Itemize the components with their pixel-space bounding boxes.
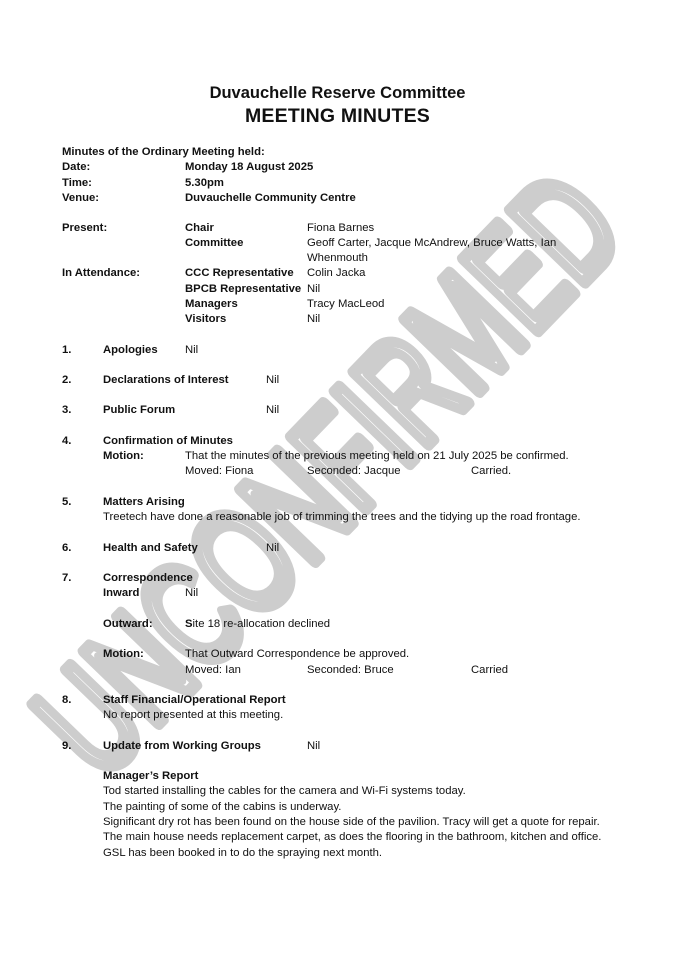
role-visitors: Visitors bbox=[185, 312, 226, 327]
role-committee: Committee bbox=[185, 236, 243, 251]
committee-names-cont: Whenmouth bbox=[307, 251, 368, 266]
item-4-moved: Moved: Fiona bbox=[185, 464, 253, 479]
role-managers: Managers bbox=[185, 297, 238, 312]
in-attendance-label: In Attendance: bbox=[62, 266, 140, 281]
present-label: Present: bbox=[62, 221, 107, 236]
item-2-number: 2. bbox=[62, 373, 71, 388]
item-4-seconded: Seconded: Jacque bbox=[307, 464, 401, 479]
organisation-name: Duvauchelle Reserve Committee bbox=[0, 84, 675, 103]
managers-name: Tracy MacLeod bbox=[307, 297, 384, 312]
item-1-value: Nil bbox=[185, 343, 198, 358]
item-9-value: Nil bbox=[307, 739, 320, 754]
item-4-motion-label: Motion: bbox=[103, 449, 144, 464]
item-7-moved: Moved: Ian bbox=[185, 663, 241, 678]
inward-value: Nil bbox=[185, 586, 198, 601]
item-7-motion-label: Motion: bbox=[103, 647, 144, 662]
item-1-title: Apologies bbox=[103, 343, 158, 358]
date-label: Date: bbox=[62, 160, 90, 175]
item-9-title: Update from Working Groups bbox=[103, 739, 261, 754]
page-title: MEETING MINUTES bbox=[0, 105, 675, 128]
item-9-number: 9. bbox=[62, 739, 71, 754]
outward-label: Outward: bbox=[103, 617, 153, 632]
item-3-number: 3. bbox=[62, 403, 71, 418]
item-4-title: Confirmation of Minutes bbox=[103, 434, 233, 449]
role-bpcb: BPCB Representative bbox=[185, 282, 301, 297]
committee-names: Geoff Carter, Jacque McAndrew, Bruce Wat… bbox=[307, 236, 556, 251]
document-page: UNCONFIRMED Duvauchelle Reserve Committe… bbox=[0, 0, 675, 955]
outward-value-initial: S bbox=[185, 618, 193, 630]
date-value: Monday 18 August 2025 bbox=[185, 160, 313, 175]
item-4-number: 4. bbox=[62, 434, 71, 449]
item-5-text: Treetech have done a reasonable job of t… bbox=[103, 510, 581, 525]
item-2-value: Nil bbox=[266, 373, 279, 388]
item-4-result: Carried. bbox=[471, 464, 511, 479]
item-2-title: Declarations of Interest bbox=[103, 373, 229, 388]
item-8-title: Staff Financial/Operational Report bbox=[103, 693, 286, 708]
item-6-title: Health and Safety bbox=[103, 541, 198, 556]
time-value: 5.30pm bbox=[185, 176, 224, 191]
managers-report-line: Tod started installing the cables for th… bbox=[103, 784, 466, 799]
item-7-result: Carried bbox=[471, 663, 508, 678]
item-8-number: 8. bbox=[62, 693, 71, 708]
chair-name: Fiona Barnes bbox=[307, 221, 374, 236]
venue-label: Venue: bbox=[62, 191, 99, 206]
time-label: Time: bbox=[62, 176, 92, 191]
managers-report-line: Significant dry rot has been found on th… bbox=[103, 815, 600, 830]
item-7-seconded: Seconded: Bruce bbox=[307, 663, 394, 678]
item-7-title: Correspondence bbox=[103, 571, 193, 586]
item-5-title: Matters Arising bbox=[103, 495, 185, 510]
item-1-number: 1. bbox=[62, 343, 71, 358]
item-7-number: 7. bbox=[62, 571, 71, 586]
venue-value: Duvauchelle Community Centre bbox=[185, 191, 356, 206]
role-ccc: CCC Representative bbox=[185, 266, 294, 281]
bpcb-name: Nil bbox=[307, 282, 320, 297]
managers-report-title: Manager’s Report bbox=[103, 769, 198, 784]
managers-report-line: GSL has been booked in to do the sprayin… bbox=[103, 846, 382, 861]
inward-label: Inward bbox=[103, 586, 139, 601]
item-3-title: Public Forum bbox=[103, 403, 175, 418]
outward-value: Site 18 re-allocation declined bbox=[185, 617, 330, 632]
item-6-number: 6. bbox=[62, 541, 71, 556]
item-5-number: 5. bbox=[62, 495, 71, 510]
item-3-value: Nil bbox=[266, 403, 279, 418]
item-8-text: No report presented at this meeting. bbox=[103, 708, 283, 723]
managers-report-line: The painting of some of the cabins is un… bbox=[103, 800, 341, 815]
item-7-motion-text: That Outward Correspondence be approved. bbox=[185, 647, 409, 662]
managers-report-line: The main house needs replacement carpet,… bbox=[103, 830, 601, 845]
role-chair: Chair bbox=[185, 221, 214, 236]
item-4-motion-text: That the minutes of the previous meeting… bbox=[185, 449, 569, 464]
outward-value-rest: ite 18 re-allocation declined bbox=[193, 618, 331, 630]
item-6-value: Nil bbox=[266, 541, 279, 556]
meeting-intro: Minutes of the Ordinary Meeting held: bbox=[62, 145, 265, 160]
visitors-name: Nil bbox=[307, 312, 320, 327]
ccc-name: Colin Jacka bbox=[307, 266, 365, 281]
